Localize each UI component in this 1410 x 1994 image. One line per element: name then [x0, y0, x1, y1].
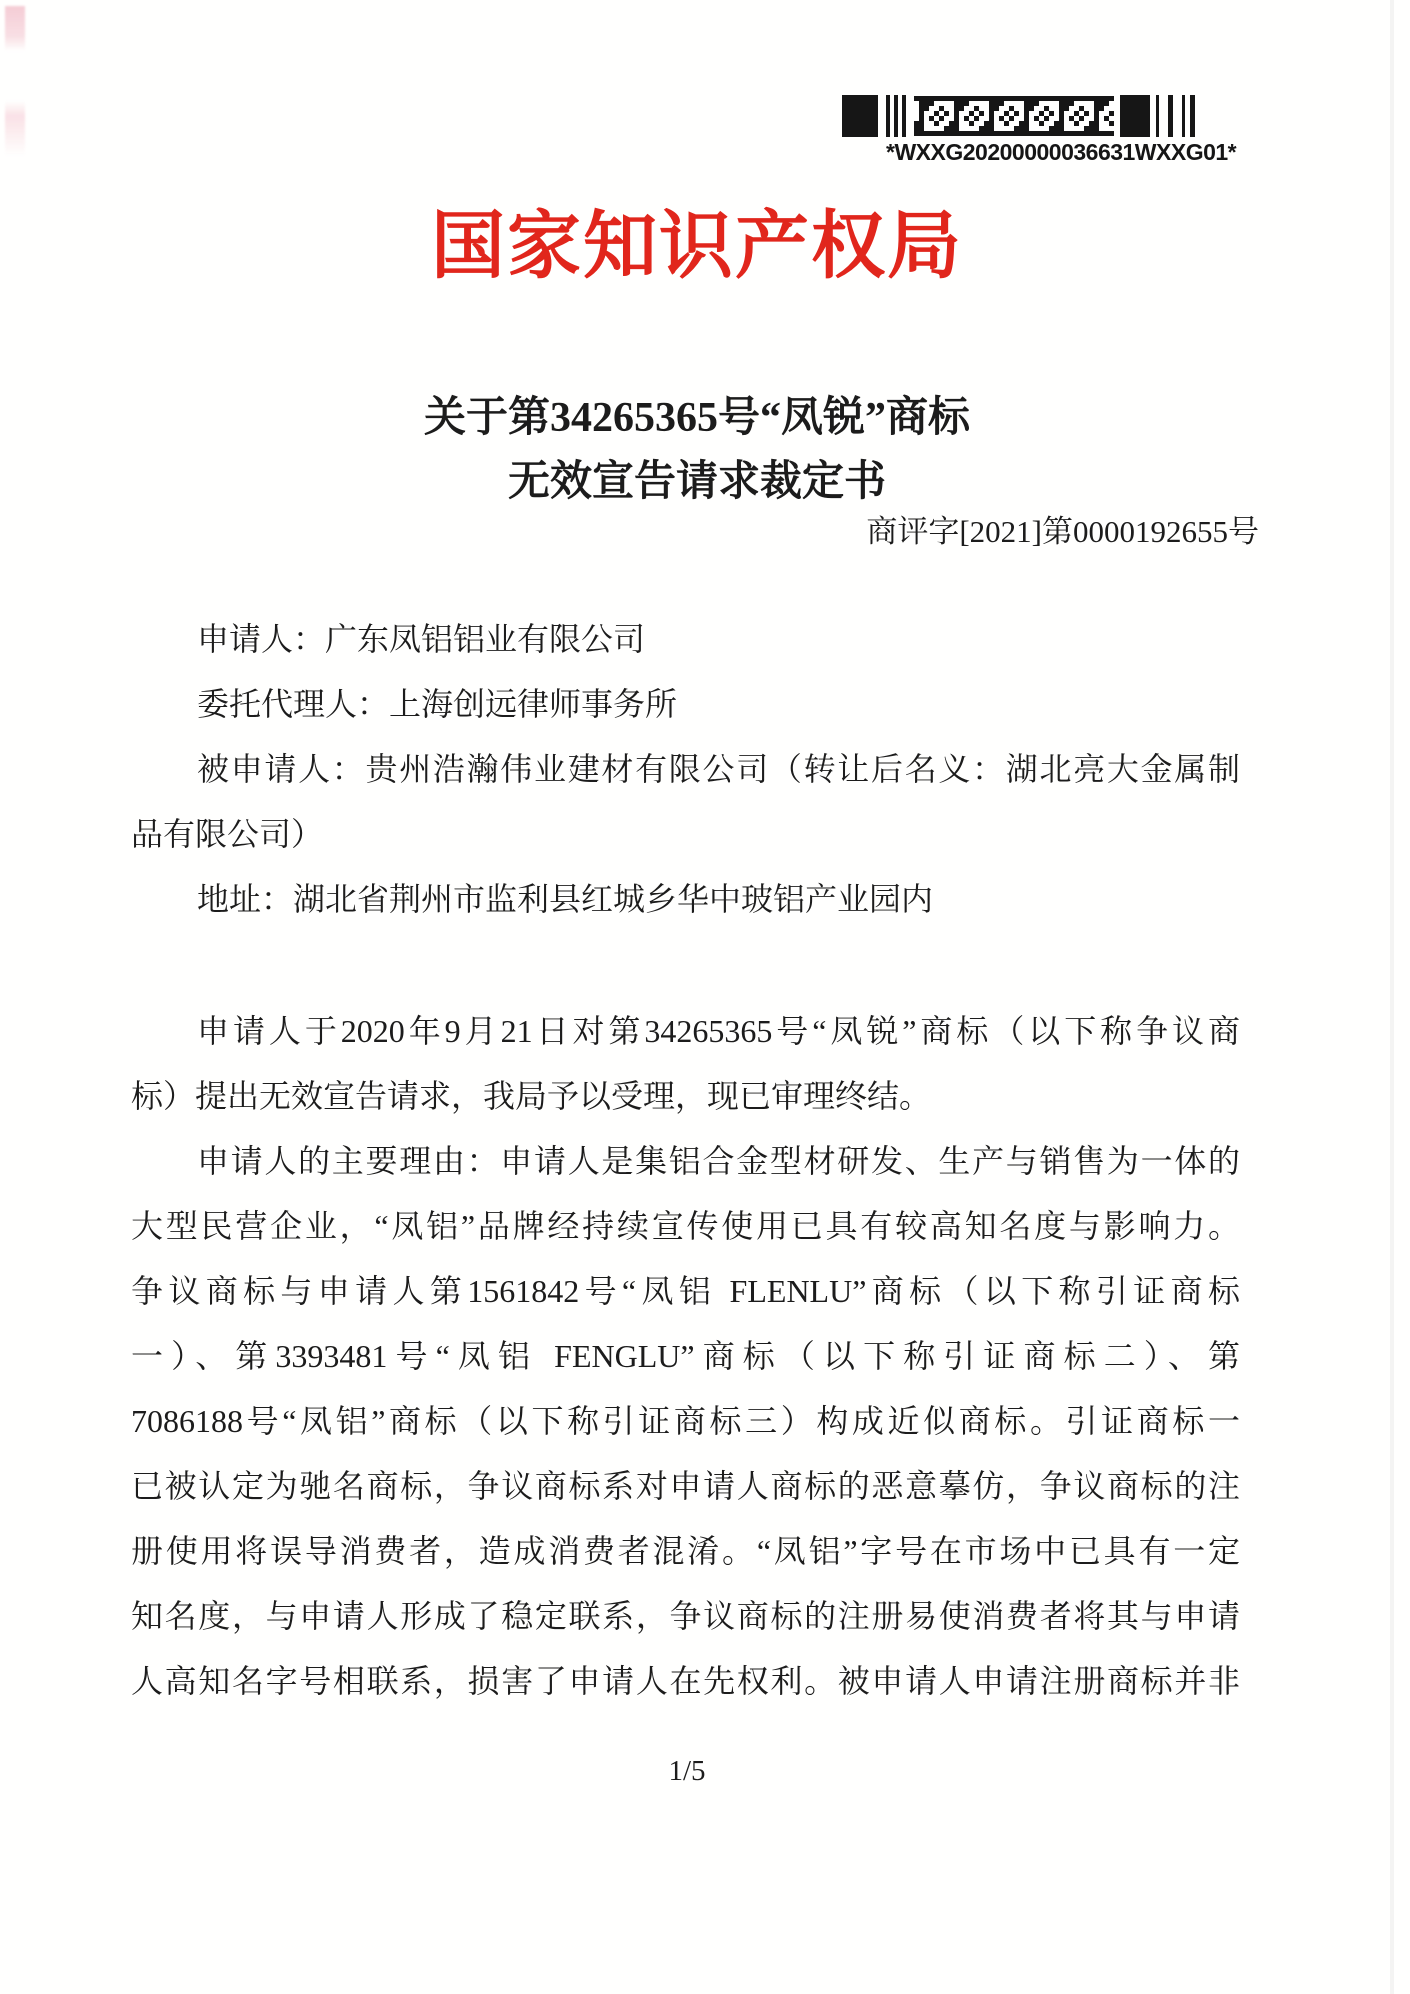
document-title: 关于第34265365号“凤锐”商标 无效宣告请求裁定书: [0, 386, 1394, 514]
document-title-line1: 关于第34265365号“凤锐”商标: [0, 386, 1394, 450]
body-section: 申请人于2020年9月21日对第34265365号“凤锐”商标（以下称争议商 标…: [131, 999, 1240, 1714]
barcode-image: [842, 95, 1198, 137]
body-line: 申请人于2020年9月21日对第34265365号“凤锐”商标（以下称争议商: [131, 999, 1240, 1064]
agency-title: 国家知识产权局: [0, 204, 1394, 290]
scanned-document-page: *WXXG20200000036631WXXG01* 国家知识产权局 关于第34…: [0, 0, 1410, 1994]
body-line: 申请人的主要理由：申请人是集铝合金型材研发、生产与销售为一体的: [131, 1129, 1240, 1194]
body-line: 7086188号“凤铝”商标（以下称引证商标三）构成近似商标。引证商标一: [131, 1389, 1240, 1454]
applicant-line: 申请人：广东凤铝铝业有限公司: [131, 607, 1240, 672]
body-line: 大型民营企业，“凤铝”品牌经持续宣传使用已具有较高知名度与影响力。: [131, 1194, 1240, 1259]
body-line: 知名度，与申请人形成了稳定联系，争议商标的注册易使消费者将其与申请: [131, 1584, 1240, 1649]
scan-corner-artifact: [5, 6, 25, 156]
case-number: 商评字[2021]第0000192655号: [0, 512, 1259, 552]
body-line: 标）提出无效宣告请求，我局予以受理，现已审理终结。: [131, 1064, 1240, 1129]
document-title-line2: 无效宣告请求裁定书: [0, 450, 1394, 514]
barcode: *WXXG20200000036631WXXG01*: [842, 95, 1222, 166]
parties-section: 申请人：广东凤铝铝业有限公司 委托代理人：上海创远律师事务所 被申请人：贵州浩瀚…: [131, 607, 1240, 932]
address-line: 地址：湖北省荆州市监利县红城乡华中玻铝产业园内: [131, 867, 1240, 932]
body-line: 争议商标与申请人第1561842号“凤铝 FLENLU”商标（以下称引证商标: [131, 1259, 1240, 1324]
body-line: 人高知名字号相联系，损害了申请人在先权利。被申请人申请注册商标并非: [131, 1649, 1240, 1714]
body-line: 已被认定为驰名商标，争议商标系对申请人商标的恶意摹仿，争议商标的注: [131, 1454, 1240, 1519]
page-number: 1/5: [0, 1752, 1374, 1790]
respondent-line-cont: 品有限公司）: [131, 802, 1240, 867]
barcode-code-text: *WXXG20200000036631WXXG01*: [886, 139, 1222, 166]
body-line: 册使用将误导消费者，造成消费者混淆。“凤铝”字号在市场中已具有一定: [131, 1519, 1240, 1584]
agent-line: 委托代理人：上海创远律师事务所: [131, 672, 1240, 737]
body-line: 一）、第3393481号“凤铝 FENGLU”商标（以下称引证商标二）、第: [131, 1324, 1240, 1389]
scan-edge-shadow: [1390, 0, 1394, 1994]
respondent-line: 被申请人：贵州浩瀚伟业建材有限公司（转让后名义：湖北亮大金属制: [131, 737, 1240, 802]
